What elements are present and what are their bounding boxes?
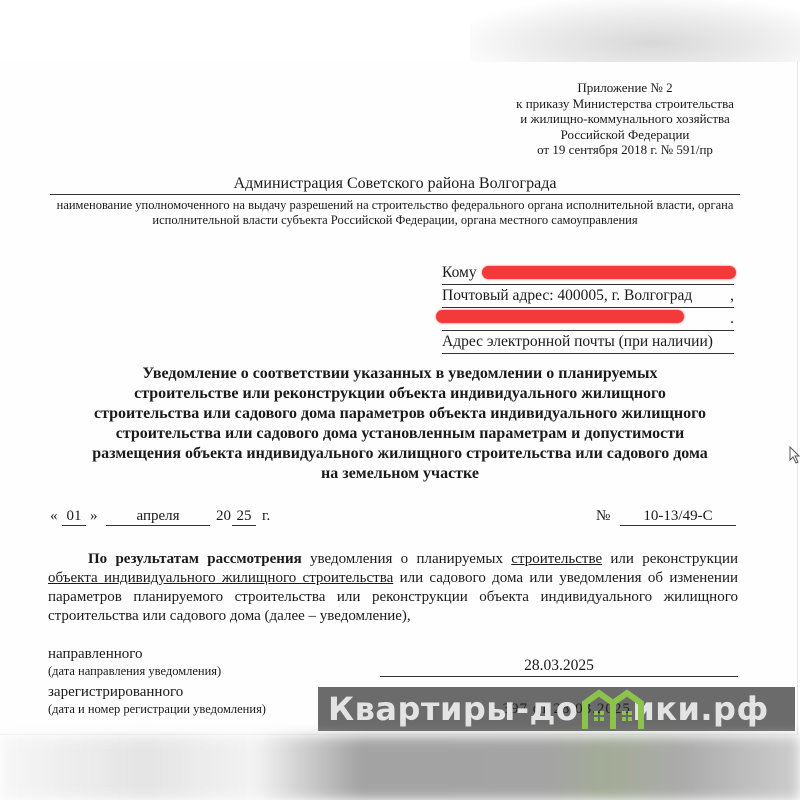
redaction-mark [482, 266, 736, 279]
appendix-line: от 19 сентября 2018 г. № 591/пр [470, 142, 780, 158]
registered-label: зарегистрированного [48, 683, 266, 701]
house-logo-icon [582, 689, 644, 729]
sent-sub-label: (дата направления уведомления) [48, 663, 221, 679]
number-label: № [596, 508, 610, 525]
date-day: 01 [62, 508, 86, 526]
recipient-to-label: Кому [442, 264, 477, 281]
recipient-to-row: Кому [442, 262, 734, 285]
redaction-mark [436, 310, 684, 323]
body-bold-lead: По результатам рассмотрения [88, 551, 302, 567]
date-month: апреля [106, 508, 210, 526]
authority-name: Администрация Советского района Волгогра… [50, 175, 740, 195]
sent-date-value: 28.03.2025 [380, 656, 738, 677]
postal-tail: , [730, 285, 734, 307]
body-text: или реконструкции [602, 551, 738, 567]
underlined-construction: строительстве [511, 551, 602, 567]
appendix-line: Приложение № 2 [470, 80, 780, 96]
recipient-email-row: Адрес электронной почты (при наличии) [442, 331, 734, 354]
year-suffix: 25 [232, 508, 256, 526]
watermark-banner: 1-397 от 28.03.2025 Квартиры-доики.рф [318, 687, 795, 731]
recipient-email-label: Адрес электронной почты (при наличии) [442, 333, 713, 350]
mouse-cursor-icon [789, 446, 800, 464]
appendix-header: Приложение № 2 к приказу Министерства ст… [470, 80, 780, 158]
sent-label: направленного [48, 645, 221, 663]
watermark-text-left: Квартиры-до [328, 690, 578, 728]
authority-caption: наименование уполномоченного на выдачу р… [50, 198, 740, 228]
appendix-line: к приказу Министерства строительства [470, 96, 780, 112]
authority-block: Администрация Советского района Волгогра… [50, 175, 740, 228]
recipient-block: Кому Почтовый адрес: 400005, г. Волгогра… [442, 262, 734, 354]
open-quote: « [50, 508, 58, 525]
body-text: уведомления о планируемых [302, 551, 512, 567]
year-unit: г. [262, 508, 270, 525]
recipient-postal-row: Почтовый адрес: 400005, г. Волгоград , [442, 285, 734, 308]
document-number: 10-13/49-С [620, 508, 736, 526]
recipient-postal-address: Почтовый адрес: 400005, г. Волгоград [442, 287, 692, 304]
body-paragraph: По результатам рассмотрения уведомления … [48, 550, 738, 626]
address-tail: . [730, 308, 734, 330]
underlined-object: объекта индивидуального жилищного строит… [48, 570, 393, 586]
sent-label-block: направленного (дата направления уведомле… [48, 645, 221, 679]
document-title: Уведомление о соответствии указанных в у… [90, 364, 710, 484]
watermark-text: Квартиры-доики.рф [328, 689, 769, 729]
date-line: « 01 » апреля 20 25 г. № 10-13/49-С [50, 508, 740, 528]
appendix-line: Российской Федерации [470, 127, 780, 143]
recipient-address-row: . [442, 308, 734, 331]
close-quote: » [90, 508, 98, 525]
year-prefix: 20 [216, 508, 231, 525]
bottom-shadow [0, 736, 800, 800]
watermark-text-right: ики.рф [632, 690, 768, 728]
appendix-line: и жилищно-коммунального хозяйства [470, 111, 780, 127]
registered-label-block: зарегистрированного (дата и номер регист… [48, 683, 266, 717]
registered-sub-label: (дата и номер регистрации уведомления) [48, 701, 266, 717]
top-shadow [470, 0, 800, 62]
